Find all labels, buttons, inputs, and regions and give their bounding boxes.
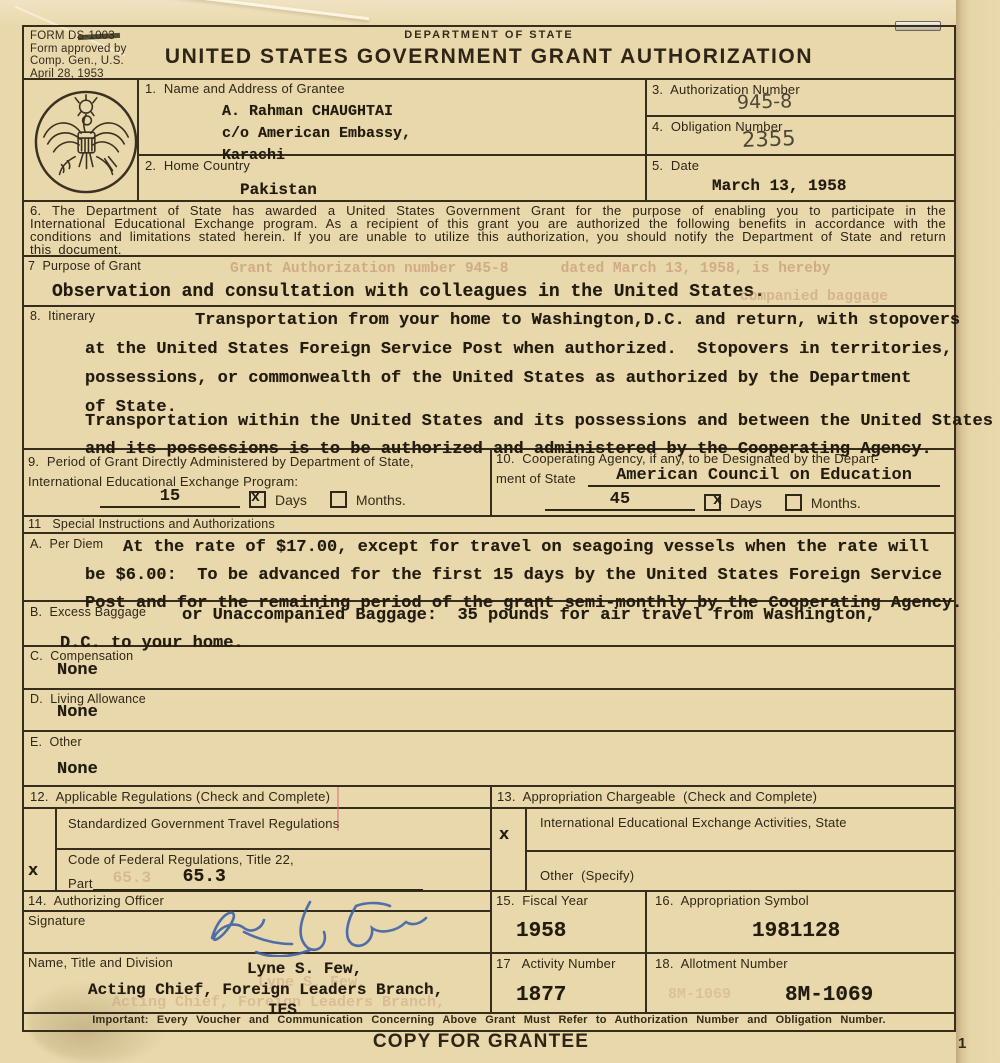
purpose-label: 7 Purpose of Grant [28,259,141,273]
rule [55,807,57,890]
fiscal-year-label: 15. Fiscal Year [496,893,588,908]
activity-number-label: 17 Activity Number [496,956,616,971]
form-approved-line: April 28, 1953 [30,68,104,80]
rule [24,785,954,787]
regulations-part-row: Part 65.3 65.3 [68,869,423,891]
grantee-label: 1. Name and Address of Grantee [145,81,345,96]
date-value: March 13, 1958 [712,177,846,195]
signature-label: Signature [28,913,85,928]
months-checkbox [785,494,802,511]
name-title-division-label: Name, Title and Division [28,955,173,970]
handwritten-signature [160,892,460,957]
itinerary-paragraph-1: Transportation from your home to Washing… [85,306,980,422]
other-value: None [57,760,98,779]
rule [645,115,954,117]
grantee-address: c/o American Embassy, [222,125,411,142]
months-label: Months. [811,495,861,511]
period-label: 9. Period of Grant Directly Administered… [28,452,480,492]
officer-name: Lyne S. Few, [247,960,362,978]
cooperating-agency-label-2: ment of State [496,471,576,486]
rule [24,200,954,202]
appropriation-check-mark: x [499,826,509,845]
paper-right-edge [956,0,1000,1063]
days-checkbox-checked: x [249,491,266,508]
date-label: 5. Date [652,158,699,173]
appropriation-symbol-value: 1981128 [752,920,840,943]
part-value: 65.3 [183,867,226,887]
allotment-number-label: 18. Allotment Number [655,956,788,971]
page-number: 1 [958,1035,966,1052]
copy-for-grantee-label: COPY FOR GRANTEE [0,1031,962,1053]
bleed-through-text: Grant Authorization number 945-8 dated M… [230,261,830,277]
rule [645,890,647,1012]
living-allowance-value: None [57,703,98,722]
paper-top-edge [0,0,1000,26]
appropriation-option-2: Other (Specify) [540,868,634,883]
days-checkbox: x [704,494,721,511]
bleed-through-text: 65.3 [113,869,151,887]
cooperating-duration-row: 45 x Days Months. [545,490,861,511]
months-checkbox [330,491,347,508]
home-country-value: Pakistan [240,181,317,199]
rule [55,848,490,850]
home-country-label: 2. Home Country [145,158,250,173]
days-label: Days [730,495,762,511]
rule [645,78,647,200]
officer-title: Acting Chief, Foreign Leaders Branch, [88,981,443,999]
part-underline: 65.3 65.3 [93,869,423,891]
great-seal-emblem [32,88,140,196]
rule [24,688,954,690]
obligation-number-value: 2355 [742,126,796,152]
regulations-option-1: Standardized Government Travel Regulatio… [68,816,339,831]
award-statement: 6. The Department of State has awarded a… [30,204,946,256]
purpose-value: Observation and consultation with collea… [52,282,765,302]
period-value: 15 [100,487,240,508]
rule [24,807,954,809]
fiscal-year-value: 1958 [516,920,566,943]
activity-number-value: 1877 [516,984,566,1007]
grantee-name: A. Rahman CHAUGHTAI [222,103,393,120]
scanned-grant-authorization-form: FORM DS-1003 Form approved by Comp. Gen.… [0,0,1000,1063]
rule [525,850,954,852]
rule [525,807,527,890]
bleed-through-text: 8M-1069 [668,986,731,1003]
excess-baggage-value: or Unaccompanied Baggage: 35 pounds for … [60,602,940,658]
part-label: Part [68,876,93,891]
appropriation-symbol-label: 16. Appropriation Symbol [655,893,809,908]
cooperating-agency-label-1: 10. Cooperating Agency, if any, to be De… [496,451,879,466]
rule [24,78,954,80]
appropriation-chargeable-label: 13. Appropriation Chargeable (Check and … [497,789,817,804]
months-label: Months. [356,492,406,508]
days-label: Days [275,492,307,508]
other-label: E. Other [30,735,82,749]
regulations-option-2: Code of Federal Regulations, Title 22, [68,852,294,867]
appropriation-option-1: International Educational Exchange Activ… [540,815,847,830]
important-notice: Important: Every Voucher and Communicati… [24,1014,954,1026]
compensation-value: None [57,661,98,680]
rule [490,785,492,1012]
checkbox-x-mark: x [713,492,722,509]
regulations-check-mark: x [28,862,38,881]
special-instructions-label: 11 Special Instructions and Authorizatio… [28,517,275,531]
bleed-through-text: companied baggage [740,289,888,305]
allotment-number-value: 8M-1069 [785,984,873,1007]
cooperating-agency-value: American Council on Education [588,466,940,487]
cooperating-value: 45 [545,490,695,511]
authorizing-officer-label: 14. Authorizing Officer [28,893,164,908]
period-duration-row: 15 x Days Months. [100,487,406,508]
department-heading: DEPARTMENT OF STATE [24,29,954,41]
checkbox-x-mark: x [251,489,260,506]
form-title: UNITED STATES GOVERNMENT GRANT AUTHORIZA… [24,45,954,69]
regulations-label: 12. Applicable Regulations (Check and Co… [30,789,330,804]
authorization-number-value: 945-8 [737,90,793,113]
rule [24,730,954,732]
